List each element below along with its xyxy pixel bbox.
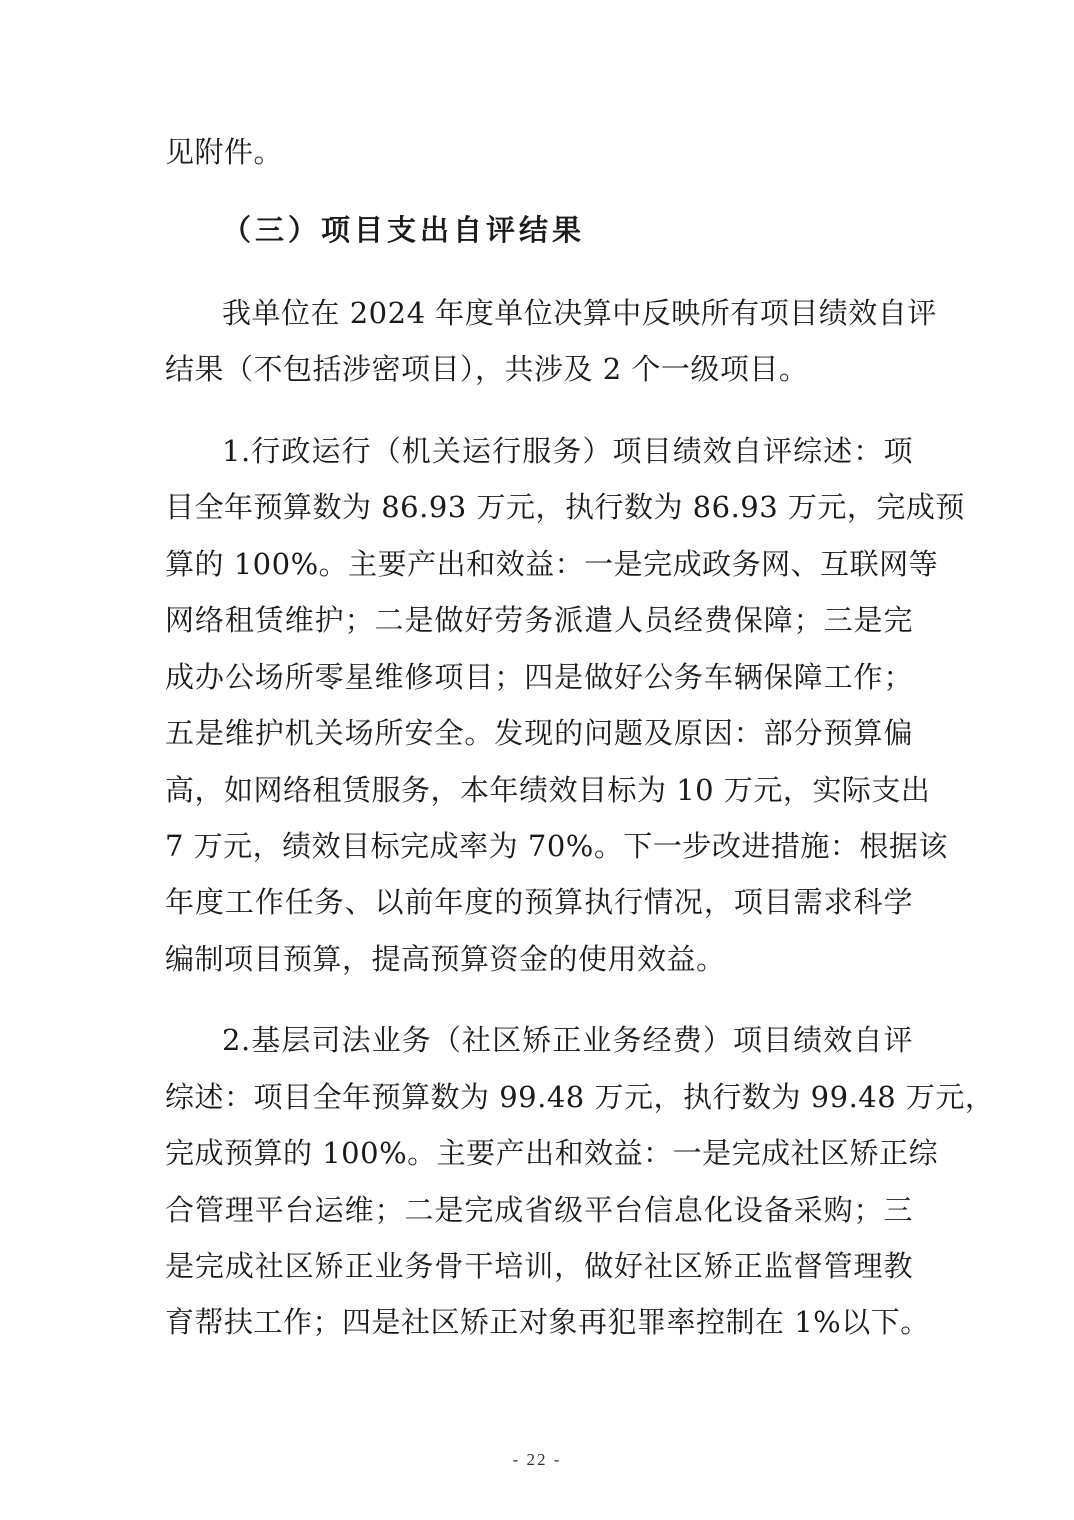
paragraph-line: 完成预算的 100%。主要产出和效益：一是完成社区矫正综	[165, 1133, 913, 1173]
paragraph-line: 1.行政运行（机关运行服务）项目绩效自评综述：项	[222, 431, 913, 471]
paragraph-line: 五是维护机关场所安全。发现的问题及原因：部分预算偏	[165, 713, 913, 753]
paragraph-line: 我单位在 2024 年度单位决算中反映所有项目绩效自评	[222, 293, 913, 333]
paragraph-line: 育帮扶工作；四是社区矫正对象再犯罪率控制在 1%以下。	[165, 1302, 913, 1342]
paragraph-line: 2.基层司法业务（社区矫正业务经费）项目绩效自评	[222, 1020, 913, 1060]
paragraph-line: 高，如网络租赁服务，本年绩效目标为 10 万元，实际支出	[165, 770, 913, 810]
page-number: - 22 -	[0, 1450, 1074, 1470]
paragraph-line: 综述：项目全年预算数为 99.48 万元，执行数为 99.48 万元，	[165, 1077, 913, 1117]
paragraph-line: 合管理平台运维；二是完成省级平台信息化设备采购；三	[165, 1190, 913, 1230]
paragraph-line: 目全年预算数为 86.93 万元，执行数为 86.93 万元，完成预	[165, 487, 913, 527]
paragraph-line: 是完成社区矫正业务骨干培训，做好社区矫正监督管理教	[165, 1246, 913, 1286]
paragraph-line: 算的 100%。主要产出和效益：一是完成政务网、互联网等	[165, 544, 913, 584]
section-heading: （三）项目支出自评结果	[222, 210, 585, 250]
paragraph-line: 见附件。	[165, 132, 913, 172]
paragraph-line: 结果（不包括涉密项目），共涉及 2 个一级项目。	[165, 349, 913, 389]
paragraph-line: 网络租赁维护；二是做好劳务派遣人员经费保障；三是完	[165, 600, 913, 640]
paragraph-line: 7 万元，绩效目标完成率为 70%。下一步改进措施：根据该	[165, 826, 913, 866]
paragraph-line: 编制项目预算，提高预算资金的使用效益。	[165, 939, 913, 979]
paragraph-line: 年度工作任务、以前年度的预算执行情况，项目需求科学	[165, 882, 913, 922]
paragraph-line: 成办公场所零星维修项目；四是做好公务车辆保障工作；	[165, 657, 913, 697]
document-page: 见附件。（三）项目支出自评结果我单位在 2024 年度单位决算中反映所有项目绩效…	[0, 0, 1074, 1520]
